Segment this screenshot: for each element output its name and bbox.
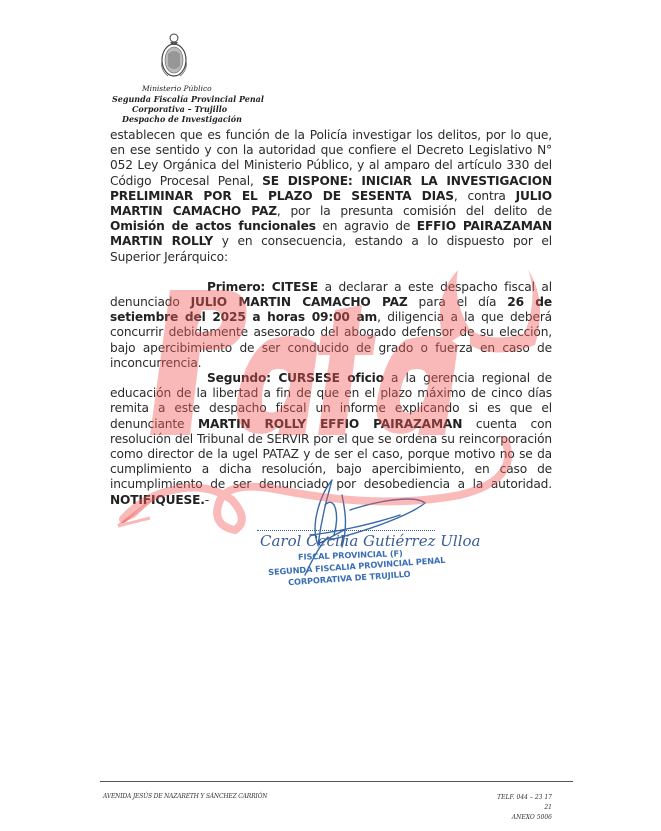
document-body: establecen que es función de la Policía …: [110, 128, 552, 508]
footer-address: AVENIDA JESÚS DE NAZARETH Y SÁNCHEZ CARR…: [103, 793, 267, 800]
header-institution: Ministerio Público: [112, 84, 282, 94]
paragraph-disposition: establecen que es función de la Policía …: [110, 128, 552, 265]
header-location: Corporativa – Trujillo: [112, 104, 282, 114]
paragraph-primero: Primero: CITESE a declarar a este despac…: [110, 280, 552, 371]
footer-contact: TELF. 044 – 23 17 21 ANEXO 5006: [492, 793, 552, 823]
document-page: Ministerio Público Segunda Fiscalía Prov…: [0, 0, 661, 831]
ministerio-publico-crest-icon: [156, 30, 192, 80]
signatory-name: Carol Cecilia Gutiérrez Ulloa: [260, 532, 481, 550]
header-department: Despacho de Investigación: [112, 114, 282, 124]
header-office: Segunda Fiscalía Provincial Penal: [112, 94, 282, 104]
footer-annex: ANEXO 5006: [492, 813, 552, 823]
footer-phone: TELF. 044 – 23 17 21: [492, 793, 552, 813]
signature-line: [257, 530, 435, 531]
signature-block: Carol Cecilia Gutiérrez Ulloa FISCAL PRO…: [250, 475, 470, 605]
footer-divider: [100, 781, 573, 782]
